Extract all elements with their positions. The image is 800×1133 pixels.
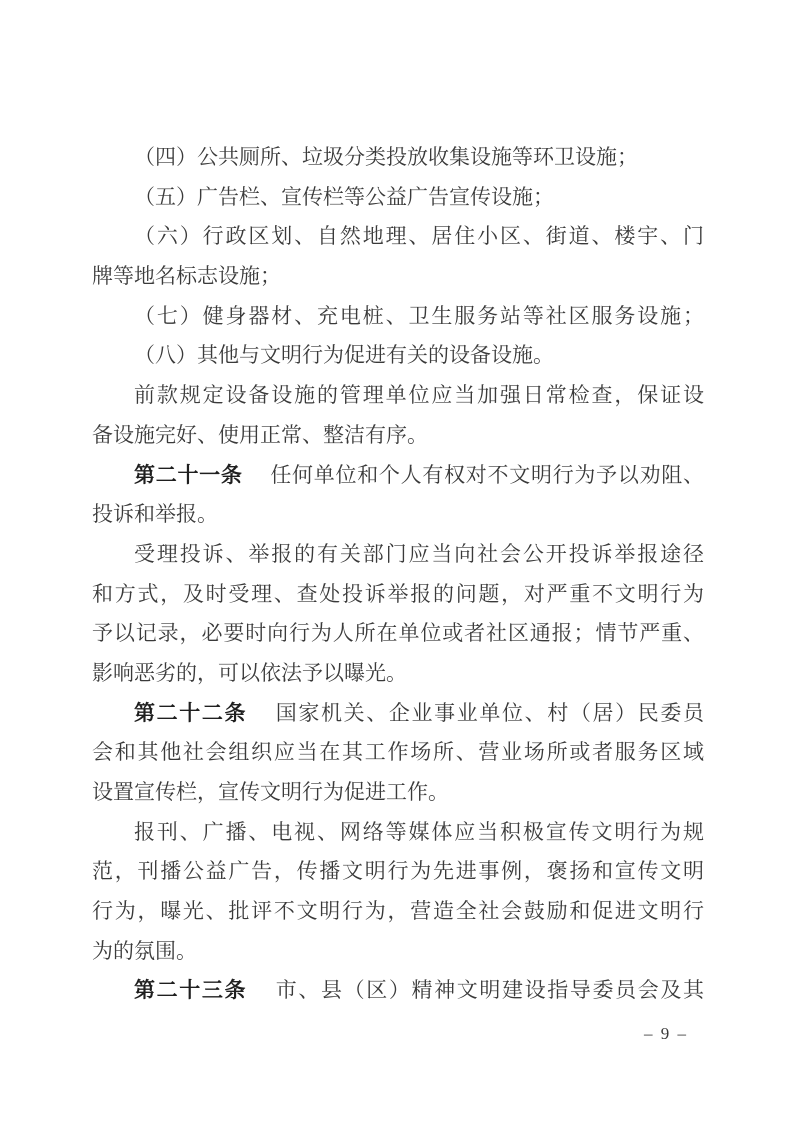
text-line: 范，刊播公益广告，传播文明行为先进事例，褒扬和宣传文明 <box>92 852 704 892</box>
text-line: 和方式，及时受理、查处投诉举报的问题，对严重不文明行为 <box>92 575 704 615</box>
text-line: 为的氛围。 <box>92 932 704 972</box>
line-text: 影响恶劣的，可以依法予以曝光。 <box>92 661 407 685</box>
text-line: （八）其他与文明行为促进有关的设备设施。 <box>92 336 704 376</box>
line-text: 设置宣传栏，宣传文明行为促进工作。 <box>92 780 449 804</box>
line-text: 投诉和举报。 <box>92 502 218 526</box>
document-body: （四）公共厕所、垃圾分类投放收集设施等环卫设施；（五）广告栏、宣传栏等公益广告宣… <box>92 138 704 1011</box>
line-text: 受理投诉、举报的有关部门应当向社会公开投诉举报途径 <box>134 542 704 566</box>
text-line: 会和其他社会组织应当在其工作场所、营业场所或者服务区域 <box>92 733 704 773</box>
article-number: 第二十三条 <box>134 978 247 1002</box>
head-gap <box>247 719 274 720</box>
head-gap <box>247 996 274 997</box>
line-text: 和方式，及时受理、查处投诉举报的问题，对严重不文明行为 <box>92 582 704 606</box>
line-text: 范，刊播公益广告，传播文明行为先进事例，褒扬和宣传文明 <box>92 859 704 883</box>
line-text: 市、县（区）精神文明建设指导委员会及其 <box>274 978 704 1002</box>
line-text: 牌等地名标志设施； <box>92 264 281 288</box>
page-number: – 9 – <box>616 1022 716 1046</box>
text-line: （四）公共厕所、垃圾分类投放收集设施等环卫设施； <box>92 138 704 178</box>
text-line: 予以记录，必要时向行为人所在单位或者社区通报；情节严重、 <box>92 614 704 654</box>
text-line: 报刊、广播、电视、网络等媒体应当积极宣传文明行为规 <box>92 813 704 853</box>
line-text: （六）行政区划、自然地理、居住小区、街道、楼宇、门 <box>134 224 704 248</box>
line-text: （五）广告栏、宣传栏等公益广告宣传设施； <box>134 185 554 209</box>
text-line: 第二十一条任何单位和个人有权对不文明行为予以劝阻、 <box>92 456 704 496</box>
text-line: 第二十二条国家机关、企业事业单位、村（居）民委员 <box>92 694 704 734</box>
line-text: 为的氛围。 <box>92 939 197 963</box>
text-line: 投诉和举报。 <box>92 495 704 535</box>
line-text: 前款规定设备设施的管理单位应当加强日常检查，保证设 <box>134 383 704 407</box>
line-text: 行为，曝光、批评不文明行为，营造全社会鼓励和促进文明行 <box>92 899 704 923</box>
text-line: （七）健身器材、充电桩、卫生服务站等社区服务设施； <box>92 297 704 337</box>
text-line: （五）广告栏、宣传栏等公益广告宣传设施； <box>92 178 704 218</box>
text-line: 牌等地名标志设施； <box>92 257 704 297</box>
line-text: 备设施完好、使用正常、整洁有序。 <box>92 423 428 447</box>
line-text: （七）健身器材、充电桩、卫生服务站等社区服务设施； <box>134 304 704 328</box>
text-line: 前款规定设备设施的管理单位应当加强日常检查，保证设 <box>92 376 704 416</box>
text-line: 受理投诉、举报的有关部门应当向社会公开投诉举报途径 <box>92 535 704 575</box>
article-number: 第二十一条 <box>134 463 243 487</box>
line-text: 予以记录，必要时向行为人所在单位或者社区通报；情节严重、 <box>92 621 704 645</box>
line-text: 国家机关、企业事业单位、村（居）民委员 <box>274 701 704 725</box>
line-text: （八）其他与文明行为促进有关的设备设施。 <box>134 343 554 367</box>
text-line: 行为，曝光、批评不文明行为，营造全社会鼓励和促进文明行 <box>92 892 704 932</box>
head-gap <box>243 481 270 482</box>
text-line: （六）行政区划、自然地理、居住小区、街道、楼宇、门 <box>92 217 704 257</box>
line-text: 会和其他社会组织应当在其工作场所、营业场所或者服务区域 <box>92 740 704 764</box>
article-number: 第二十二条 <box>134 701 247 725</box>
line-text: 报刊、广播、电视、网络等媒体应当积极宣传文明行为规 <box>134 820 704 844</box>
document-page: （四）公共厕所、垃圾分类投放收集设施等环卫设施；（五）广告栏、宣传栏等公益广告宣… <box>0 0 800 1133</box>
text-line: 设置宣传栏，宣传文明行为促进工作。 <box>92 773 704 813</box>
text-line: 第二十三条市、县（区）精神文明建设指导委员会及其 <box>92 971 704 1011</box>
text-line: 影响恶劣的，可以依法予以曝光。 <box>92 654 704 694</box>
text-line: 备设施完好、使用正常、整洁有序。 <box>92 416 704 456</box>
line-text: 任何单位和个人有权对不文明行为予以劝阻、 <box>270 463 704 487</box>
line-text: （四）公共厕所、垃圾分类投放收集设施等环卫设施； <box>134 145 638 169</box>
